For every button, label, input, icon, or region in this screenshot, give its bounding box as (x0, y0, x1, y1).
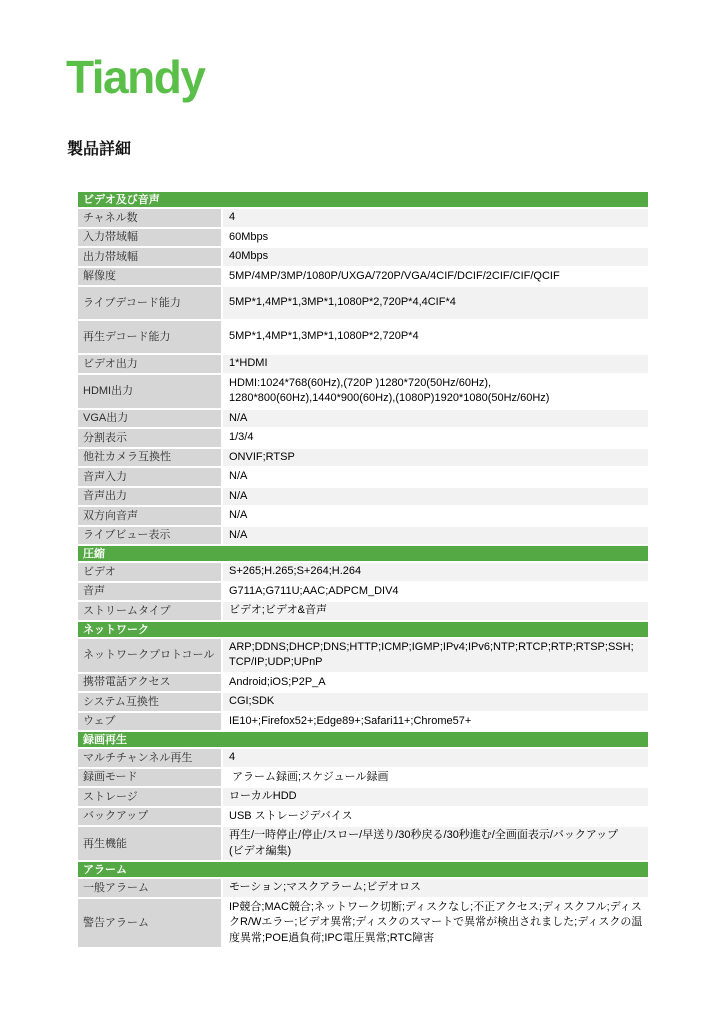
spec-row: ウェブIE10+;Firefox52+;Edge89+;Safari11+;Ch… (78, 713, 648, 731)
spec-value: 60Mbps (223, 229, 648, 247)
spec-label: ストリームタイプ (78, 602, 221, 620)
spec-row: 音声入力N/A (78, 468, 648, 486)
spec-value: 1/3/4 (223, 429, 648, 447)
spec-row: マルチチャンネル再生4 (78, 749, 648, 767)
spec-row: ビデオS+265;H.265;S+264;H.264 (78, 563, 648, 581)
spec-row: 再生機能再生/一時停止/停止/スロー/早送り/30秒戻る/30秒進む/全画面表示… (78, 827, 648, 860)
spec-value: N/A (223, 507, 648, 525)
spec-value: モーション;マスクアラーム;ビデオロス (223, 879, 648, 897)
section-header: アラーム (78, 862, 648, 877)
spec-label: HDMI出力 (78, 375, 221, 408)
spec-label: チャネル数 (78, 209, 221, 227)
spec-label: 入力帯域幅 (78, 229, 221, 247)
spec-label: 警告アラーム (78, 899, 221, 948)
spec-label: 音声出力 (78, 488, 221, 506)
spec-value: 5MP*1,4MP*1,3MP*1,1080P*2,720P*4,4CIF*4 (223, 287, 648, 319)
spec-row: 他社カメラ互換性ONVIF;RTSP (78, 449, 648, 467)
brand-logo: Tiandy (66, 50, 204, 104)
spec-value: ONVIF;RTSP (223, 449, 648, 467)
spec-row: 分割表示1/3/4 (78, 429, 648, 447)
spec-value: 5MP/4MP/3MP/1080P/UXGA/720P/VGA/4CIF/DCI… (223, 268, 648, 286)
spec-label: ストレージ (78, 788, 221, 806)
spec-row: 入力帯域幅60Mbps (78, 229, 648, 247)
spec-row: 録画モード アラーム録画;スケジュール録画 (78, 769, 648, 787)
spec-row: チャネル数4 (78, 209, 648, 227)
spec-value: ビデオ;ビデオ&音声 (223, 602, 648, 620)
spec-label: 出力帯域幅 (78, 248, 221, 266)
spec-value: N/A (223, 488, 648, 506)
spec-row: ライブビュー表示N/A (78, 527, 648, 545)
spec-value: アラーム録画;スケジュール録画 (223, 769, 648, 787)
spec-label: 再生デコード能力 (78, 321, 221, 353)
spec-label: ウェブ (78, 713, 221, 731)
spec-value: 4 (223, 749, 648, 767)
spec-label: 他社カメラ互換性 (78, 449, 221, 467)
spec-label: VGA出力 (78, 410, 221, 428)
spec-row: 携帯電話アクセスAndroid;iOS;P2P_A (78, 674, 648, 692)
spec-value: 再生/一時停止/停止/スロー/早送り/30秒戻る/30秒進む/全画面表示/バック… (223, 827, 648, 860)
spec-value: USB ストレージデバイス (223, 808, 648, 826)
spec-value: ARP;DDNS;DHCP;DNS;HTTP;ICMP;IGMP;IPv4;IP… (223, 639, 648, 672)
spec-table: ビデオ及び音声チャネル数4入力帯域幅60Mbps出力帯域幅40Mbps解像度5M… (78, 192, 648, 947)
spec-row: バックアップUSB ストレージデバイス (78, 808, 648, 826)
spec-row: 解像度5MP/4MP/3MP/1080P/UXGA/720P/VGA/4CIF/… (78, 268, 648, 286)
section-header: 圧縮 (78, 546, 648, 561)
section-header: ネットワーク (78, 622, 648, 637)
spec-row: HDMI出力HDMI:1024*768(60Hz),(720P )1280*72… (78, 375, 648, 408)
spec-label: 録画モード (78, 769, 221, 787)
spec-label: 携帯電話アクセス (78, 674, 221, 692)
spec-label: バックアップ (78, 808, 221, 826)
spec-label: 再生機能 (78, 827, 221, 860)
spec-value: N/A (223, 468, 648, 486)
spec-label: 一般アラーム (78, 879, 221, 897)
spec-row: ネットワークプロトコールARP;DDNS;DHCP;DNS;HTTP;ICMP;… (78, 639, 648, 672)
spec-row: 双方向音声N/A (78, 507, 648, 525)
spec-value: G711A;G711U;AAC;ADPCM_DIV4 (223, 583, 648, 601)
spec-value: S+265;H.265;S+264;H.264 (223, 563, 648, 581)
spec-label: ライブデコード能力 (78, 287, 221, 319)
spec-value: 1*HDMI (223, 355, 648, 373)
spec-value: IE10+;Firefox52+;Edge89+;Safari11+;Chrom… (223, 713, 648, 731)
spec-value: Android;iOS;P2P_A (223, 674, 648, 692)
spec-label: 分割表示 (78, 429, 221, 447)
section-header: 録画再生 (78, 732, 648, 747)
spec-label: マルチチャンネル再生 (78, 749, 221, 767)
spec-row: 音声出力N/A (78, 488, 648, 506)
spec-row: 音声G711A;G711U;AAC;ADPCM_DIV4 (78, 583, 648, 601)
spec-label: ネットワークプロトコール (78, 639, 221, 672)
spec-label: ビデオ (78, 563, 221, 581)
spec-label: 解像度 (78, 268, 221, 286)
spec-row: VGA出力N/A (78, 410, 648, 428)
spec-label: 双方向音声 (78, 507, 221, 525)
spec-row: 再生デコード能力5MP*1,4MP*1,3MP*1,1080P*2,720P*4 (78, 321, 648, 353)
spec-label: ライブビュー表示 (78, 527, 221, 545)
spec-row: システム互換性CGI;SDK (78, 693, 648, 711)
section-header: ビデオ及び音声 (78, 192, 648, 207)
spec-value: HDMI:1024*768(60Hz),(720P )1280*720(50Hz… (223, 375, 648, 408)
spec-label: ビデオ出力 (78, 355, 221, 373)
spec-row: 警告アラームIP競合;MAC競合;ネットワーク切断;ディスクなし;不正アクセス;… (78, 899, 648, 948)
spec-value: ローカルHDD (223, 788, 648, 806)
spec-value: CGI;SDK (223, 693, 648, 711)
spec-label: 音声 (78, 583, 221, 601)
spec-row: 出力帯域幅40Mbps (78, 248, 648, 266)
spec-value: N/A (223, 527, 648, 545)
spec-label: 音声入力 (78, 468, 221, 486)
spec-row: 一般アラームモーション;マスクアラーム;ビデオロス (78, 879, 648, 897)
spec-value: 40Mbps (223, 248, 648, 266)
spec-row: ストレージローカルHDD (78, 788, 648, 806)
spec-row: ストリームタイプビデオ;ビデオ&音声 (78, 602, 648, 620)
spec-value: N/A (223, 410, 648, 428)
spec-row: ライブデコード能力5MP*1,4MP*1,3MP*1,1080P*2,720P*… (78, 287, 648, 319)
spec-value: 5MP*1,4MP*1,3MP*1,1080P*2,720P*4 (223, 321, 648, 353)
spec-label: システム互換性 (78, 693, 221, 711)
spec-value: 4 (223, 209, 648, 227)
page-title: 製品詳細 (67, 136, 131, 159)
spec-value: IP競合;MAC競合;ネットワーク切断;ディスクなし;不正アクセス;ディスクフル… (223, 899, 648, 948)
spec-row: ビデオ出力1*HDMI (78, 355, 648, 373)
